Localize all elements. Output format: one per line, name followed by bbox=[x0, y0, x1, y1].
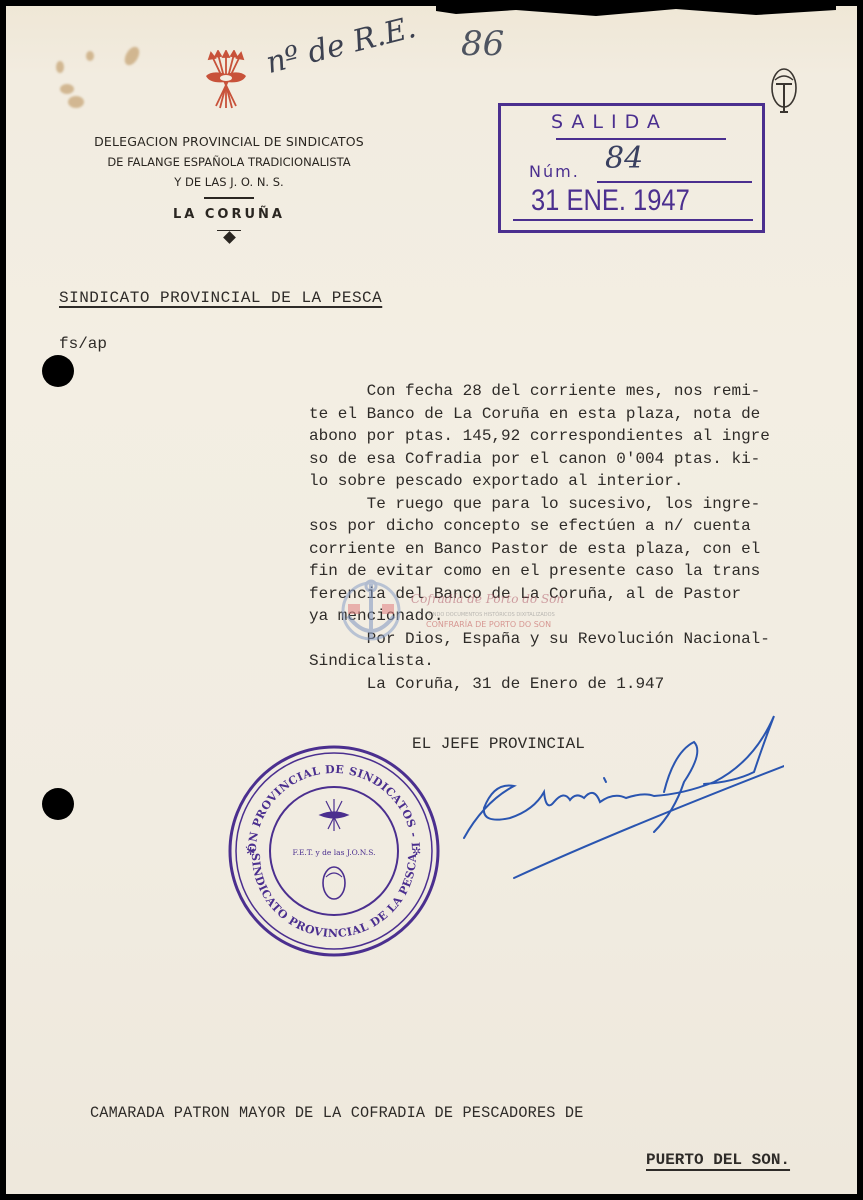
body-line: corriente en Banco Pastor de esta plaza,… bbox=[309, 538, 854, 561]
body-line: so de esa Cofradia por el canon 0'004 pt… bbox=[309, 448, 854, 471]
torn-edge bbox=[436, 6, 836, 16]
recipient-line1: CAMARADA PATRON MAYOR DE LA COFRADIA DE … bbox=[90, 1104, 584, 1122]
svg-text:SINDICATO PROVINCIAL DE LA PES: SINDICATO PROVINCIAL DE LA PESCA bbox=[249, 853, 419, 940]
salida-stamp: SALIDA Núm. 84 31 ENE. 1947 bbox=[498, 103, 765, 233]
document-page: nº de R.E. 86 DELEGACION PROVINCIAL DE S… bbox=[6, 6, 857, 1194]
stamp-num-value: 84 bbox=[605, 141, 643, 176]
seal-outer-top: DELEGACIÓN PROVINCIAL DE SINDICATOS - LA… bbox=[226, 743, 422, 853]
stamp-num-label: Núm. bbox=[529, 162, 580, 181]
recipient-line2: PUERTO DEL SON. bbox=[646, 1151, 790, 1169]
stain bbox=[68, 96, 84, 108]
reference-code: fs/ap bbox=[59, 335, 107, 353]
registry-note: nº de R.E. bbox=[263, 10, 420, 81]
registry-number: 86 bbox=[461, 24, 504, 64]
body-line: Sindicalista. bbox=[309, 650, 854, 673]
punch-hole bbox=[42, 788, 74, 820]
punch-hole bbox=[42, 355, 74, 387]
body-line: Con fecha 28 del corriente mes, nos remi… bbox=[309, 380, 854, 403]
letterhead-city: LA CORUÑA bbox=[64, 207, 394, 222]
letterhead-line3: Y DE LAS J. O. N. S. bbox=[64, 175, 394, 189]
stain bbox=[122, 44, 142, 67]
divider bbox=[204, 197, 254, 199]
body-line: abono por ptas. 145,92 correspondientes … bbox=[309, 425, 854, 448]
body-line: sos por dicho concepto se efectúen a n/ … bbox=[309, 515, 854, 538]
letterhead-line2: DE FALANGE ESPAÑOLA TRADICIONALISTA bbox=[64, 155, 394, 169]
divider bbox=[513, 219, 753, 221]
divider bbox=[597, 181, 752, 183]
yoke-and-arrows-icon bbox=[202, 50, 250, 112]
watermark-subtitle: FONDO DOCUMENTOS HISTÓRICOS DIXITALIZADO… bbox=[426, 612, 555, 618]
watermark-title: Cofradía de Porto do Son bbox=[411, 592, 564, 606]
stamp-title: SALIDA bbox=[551, 111, 668, 133]
department-heading: SINDICATO PROVINCIAL DE LA PESCA bbox=[59, 289, 382, 307]
seal-outer-bottom: SINDICATO PROVINCIAL DE LA PESCA bbox=[249, 853, 419, 940]
body-line: lo sobre pescado exportado al interior. bbox=[309, 470, 854, 493]
svg-text:DELEGACIÓN PROVINCIAL DE SINDI: DELEGACIÓN PROVINCIAL DE SINDICATOS - LA… bbox=[226, 743, 422, 853]
divider bbox=[556, 138, 726, 140]
stain bbox=[56, 61, 64, 73]
helmet-emblem-icon bbox=[770, 66, 798, 118]
handwritten-signature bbox=[454, 712, 784, 882]
seal-center-text: F.E.T. y de las J.O.N.S. bbox=[293, 848, 376, 857]
letterhead: DELEGACION PROVINCIAL DE SINDICATOS DE F… bbox=[64, 134, 394, 242]
body-line: te el Banco de La Coruña en esta plaza, … bbox=[309, 403, 854, 426]
watermark-org: CONFRARÍA DE PORTO DO SON bbox=[426, 620, 551, 629]
official-seal: DELEGACIÓN PROVINCIAL DE SINDICATOS - LA… bbox=[226, 743, 442, 959]
diamond-icon bbox=[223, 231, 236, 244]
seal-star-icon: ✲ bbox=[412, 845, 421, 858]
stain bbox=[60, 84, 74, 94]
body-line: La Coruña, 31 de Enero de 1.947 bbox=[309, 673, 854, 696]
body-line: Te ruego que para lo sucesivo, los ingre… bbox=[309, 493, 854, 516]
stain bbox=[86, 51, 94, 61]
seal-star-icon: ✲ bbox=[246, 845, 255, 858]
anchor-icon bbox=[336, 576, 406, 646]
archive-watermark: Cofradía de Porto do Son FONDO DOCUMENTO… bbox=[336, 576, 536, 646]
letterhead-line1: DELEGACION PROVINCIAL DE SINDICATOS bbox=[64, 134, 394, 149]
stamp-date: 31 ENE. 1947 bbox=[531, 184, 690, 218]
letter-body: Con fecha 28 del corriente mes, nos remi… bbox=[309, 380, 854, 695]
